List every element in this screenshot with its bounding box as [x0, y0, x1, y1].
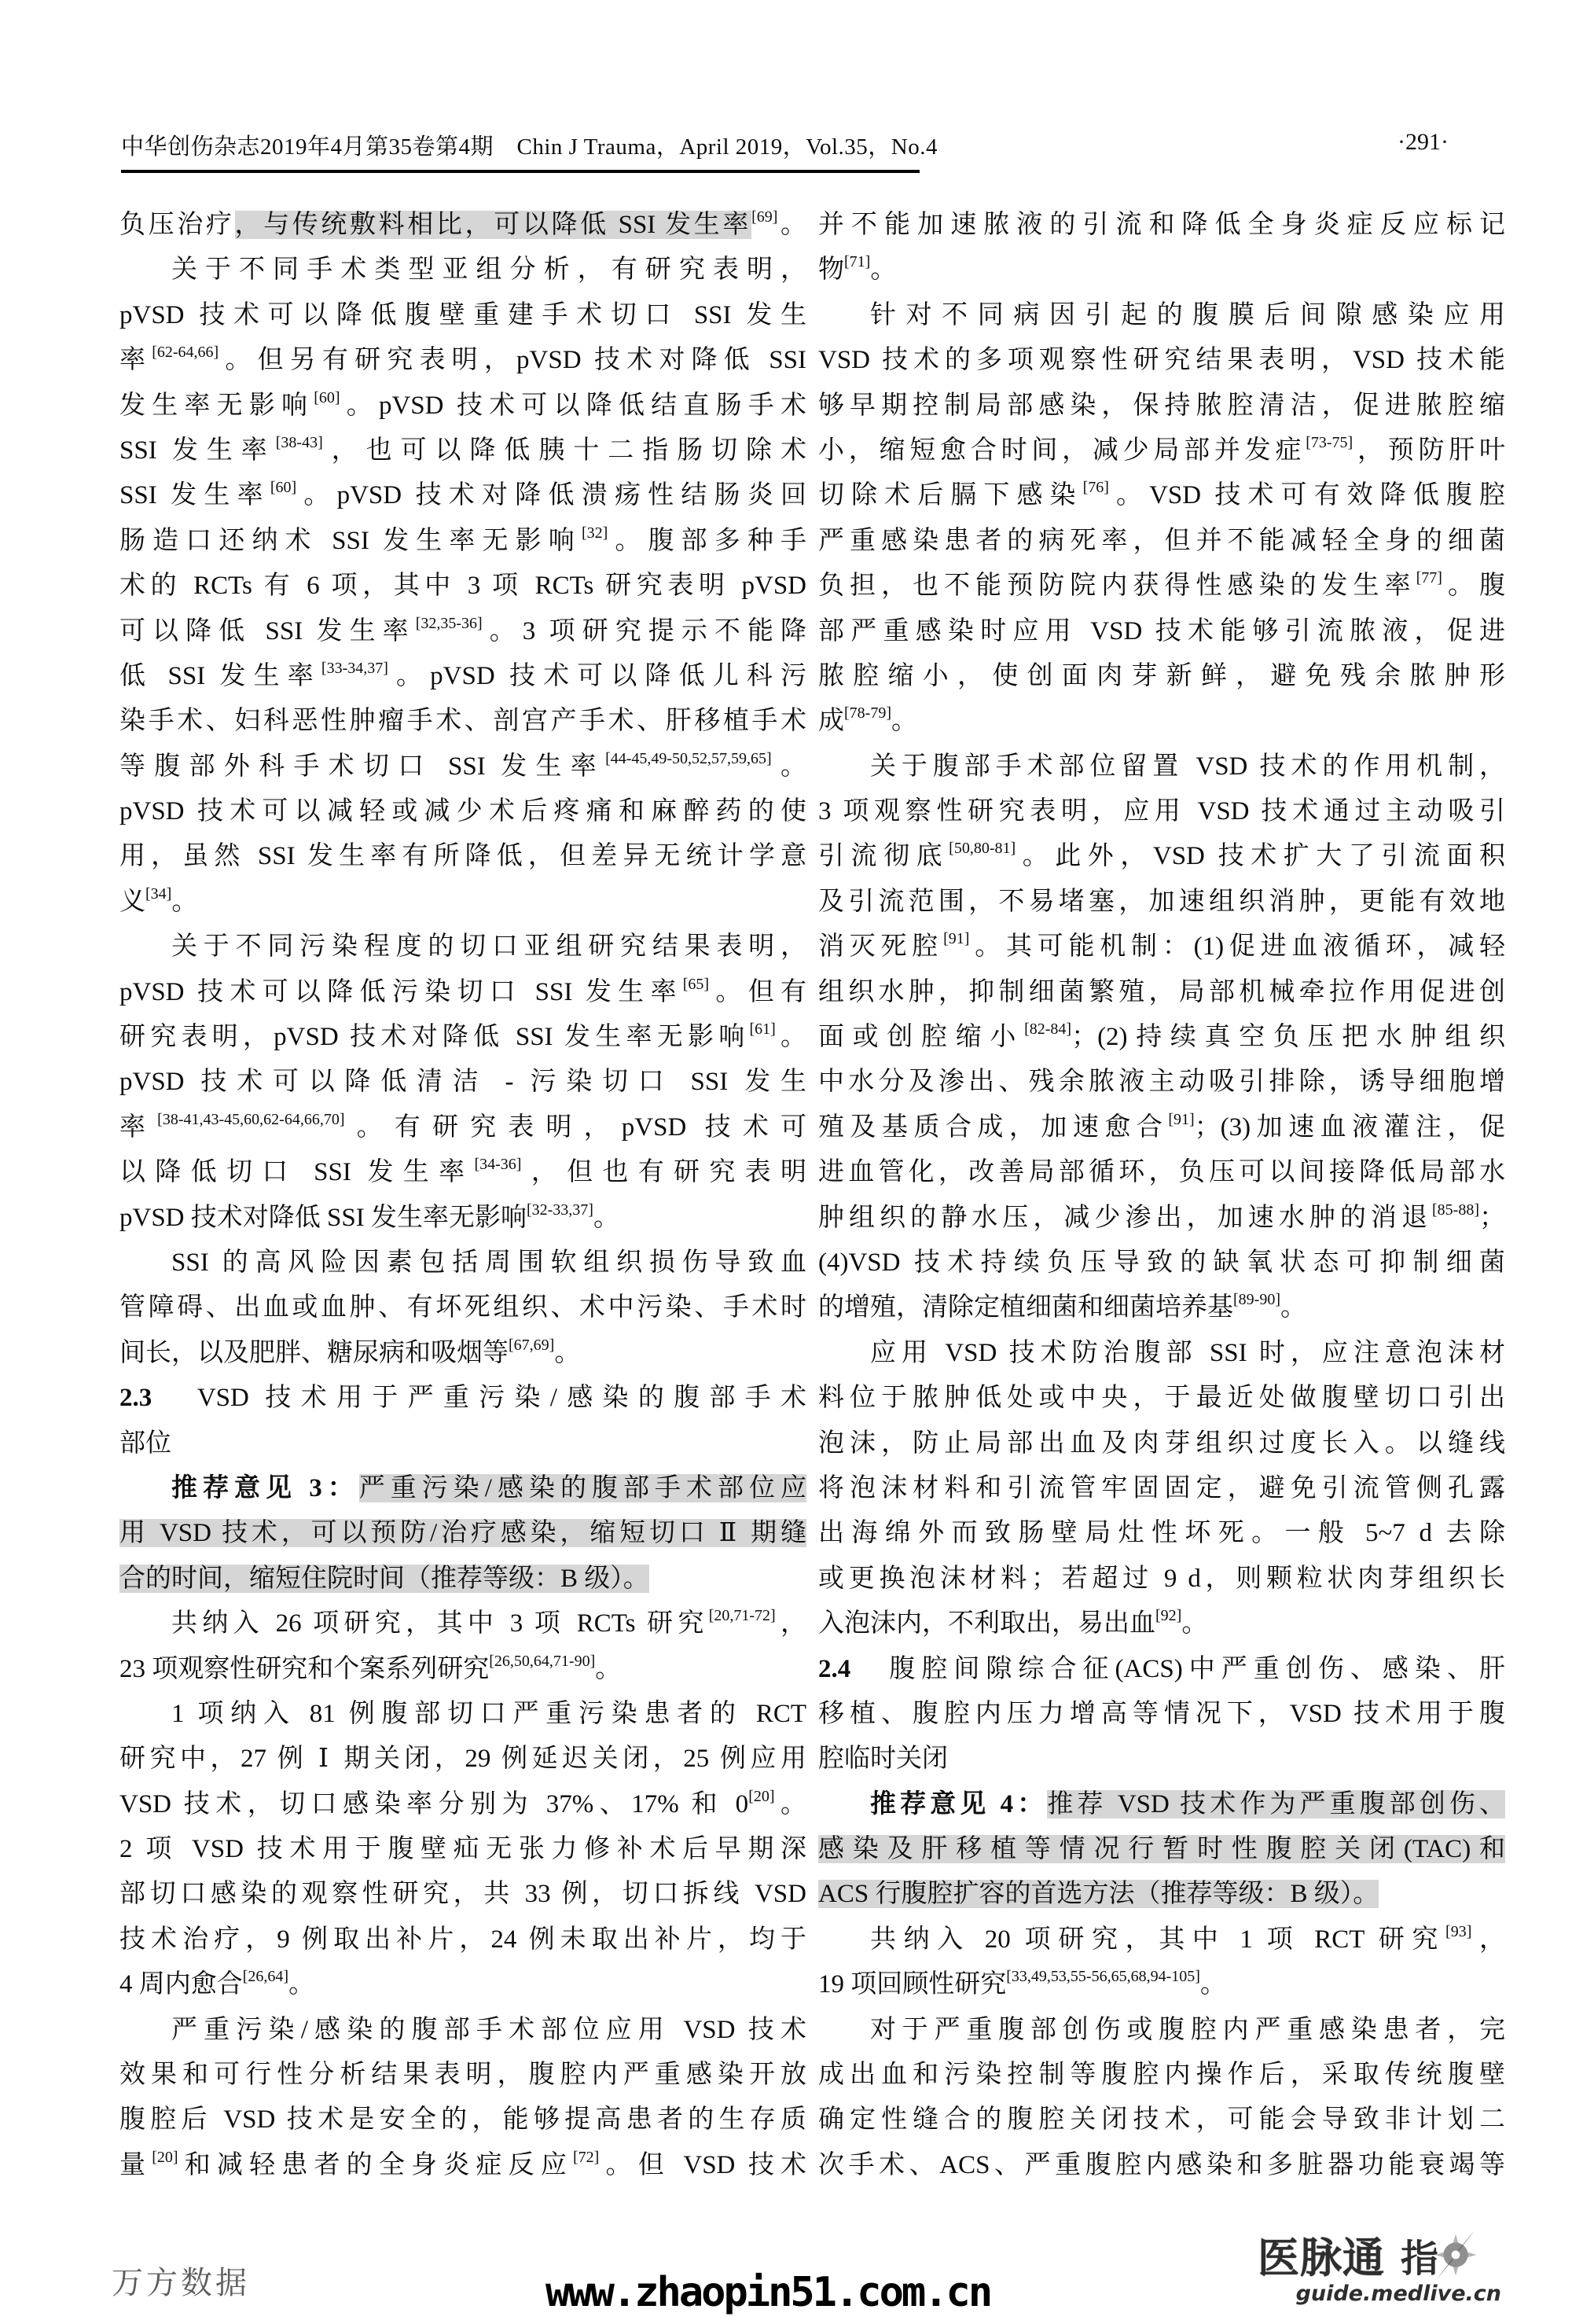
body-text: 共纳入 20 项研究，其中 1 项 RCT 研究 [870, 1925, 1445, 1954]
body-text: 用，虽然 SSI 发生率有所降低，但差异无统计学意 [119, 842, 806, 870]
body-text: (4)VSD 技术持续负压导致的缺氧状态可抑制细菌 [818, 1248, 1505, 1277]
text-line: 关于不同污染程度的切口亚组研究结果表明， [119, 925, 806, 969]
text-line: 合的时间，缩短住院时间（推荐等级：B 级）。 [119, 1557, 806, 1601]
body-text: 4 周内愈合 [119, 1970, 243, 1999]
text-line: 出海绵外而致肠壁局灶性坏死。一般 5~7 d 去除 [818, 1511, 1505, 1556]
citation-superscript: [33-34,37] [321, 660, 388, 677]
body-text: 。 [777, 211, 806, 239]
text-line: 关于不同手术类型亚组分析，有研究表明， [119, 248, 806, 292]
text-line: 推荐意见 4：推荐 VSD 技术作为严重腹部创伤、 [818, 1782, 1505, 1827]
body-text: 1 项纳入 81 例腹部切口严重污染患者的 RCT [171, 1700, 806, 1728]
body-text: 小，缩短愈合时间，减少局部并发症 [818, 436, 1306, 465]
citation-superscript: [77] [1416, 569, 1442, 587]
article-column-right: 并不能加速脓液的引流和降低全身炎症反应标记物[71]。针对不同病因引起的腹膜后间… [818, 203, 1505, 2188]
text-line: 推荐意见 3：严重污染/感染的腹部手术部位应 [119, 1466, 806, 1511]
citation-superscript: [34-36] [474, 1156, 521, 1173]
body-text: 。 [288, 1970, 314, 1999]
citation-superscript: [92] [1155, 1607, 1181, 1624]
body-text: 够早期控制局部感染，保持脓腔清洁，促进脓腔缩 [818, 392, 1505, 420]
citation-superscript: [50,80-81] [949, 840, 1016, 857]
body-text: 入泡沫内，不利取出，易出血 [818, 1609, 1155, 1638]
text-line: pVSD 技术可以降低污染切口 SSI 发生率[65]。但有 [119, 970, 806, 1015]
text-line: 部切口感染的观察性研究，共 33 例，切口拆线 VSD [119, 1872, 806, 1917]
citation-superscript: [82-84] [1024, 1020, 1071, 1038]
body-text: 。pVSD 技术对降低溃疡性结肠炎回 [296, 481, 806, 509]
body-text: 研究中，27 例 Ⅰ 期关闭，29 例延迟关闭，25 例应用 [119, 1745, 806, 1773]
body-text: 消灭死腔 [818, 932, 943, 961]
body-text: 负担，也不能预防院内获得性感染的发生率 [818, 572, 1416, 600]
text-line: 用，虽然 SSI 发生率有所降低，但差异无统计学意 [119, 834, 806, 879]
text-line: 感染及肝移植等情况行暂时性腹腔关闭(TAC)和 [818, 1827, 1505, 1872]
body-text: 严重污染/感染的腹部手术部位应用 VSD 技术 [171, 2016, 806, 2044]
body-text: 出海绵外而致肠壁局灶性坏死。一般 5~7 d 去除 [818, 1519, 1505, 1547]
body-text: 。3 项研究提示不能降 [483, 617, 806, 645]
citation-superscript: [26,50,64,71-90] [489, 1653, 595, 1670]
body-text: 肿组织的静水压，减少渗出，加速水肿的消退 [818, 1204, 1432, 1232]
text-line: 料位于脓肿低处或中央，于最近处做腹壁切口引出 [818, 1376, 1505, 1421]
text-line: 及引流范围，不易堵塞，加速组织消肿，更能有效地 [818, 880, 1505, 925]
body-text: 2 项 VSD 技术用于腹壁疝无张力修补术后早期深 [119, 1835, 806, 1863]
text-line: pVSD 技术对降低 SSI 发生率无影响[32-33,37]。 [119, 1196, 806, 1241]
citation-superscript: [85-88] [1432, 1201, 1479, 1219]
body-text: 。pVSD 技术可以降低儿科污 [388, 662, 806, 690]
body-text: 或更换泡沫材料；若超过 9 d，则颗粒状肉芽组织长 [818, 1565, 1505, 1593]
journal-header: 中华创伤杂志2019年4月第35卷第4期 Chin J Trauma，April… [121, 129, 938, 161]
body-text: 低 SSI 发生率 [119, 662, 321, 690]
citation-superscript: [73-75] [1306, 434, 1353, 451]
body-text: 对于严重腹部创伤或腹腔内严重感染患者，完 [870, 2016, 1505, 2044]
body-text: 。有研究表明，pVSD 技术可 [344, 1113, 806, 1142]
text-line: 用 VSD 技术，可以预防/治疗感染，缩短切口 Ⅱ 期缝 [119, 1511, 806, 1556]
citation-superscript: [20] [152, 2149, 178, 2166]
text-line: 4 周内愈合[26,64]。 [119, 1962, 806, 2007]
header-divider [121, 170, 920, 173]
text-line: 面或创腔缩小[82-84]；(2)持续真空负压把水肿组织 [818, 1015, 1505, 1060]
body-text: 。 [891, 707, 917, 735]
body-text: 成出血和污染控制等腹腔内操作后，采取传统腹壁 [818, 2061, 1505, 2089]
text-line: 肿组织的静水压，减少渗出，加速水肿的消退[85-88]； [818, 1196, 1505, 1241]
citation-superscript: [67,69] [509, 1337, 554, 1354]
text-line: (4)VSD 技术持续负压导致的缺氧状态可抑制细菌 [818, 1241, 1505, 1285]
body-text: 关于不同污染程度的切口亚组研究结果表明， [171, 932, 806, 961]
body-text: 负压治疗 [119, 211, 235, 239]
body-text: 并不能加速脓液的引流和降低全身炎症反应标记 [818, 211, 1505, 239]
body-text: 19 项回顾性研究 [818, 1970, 1006, 1999]
citation-superscript: [32] [582, 524, 608, 542]
text-line: 量[20]和减轻患者的全身炎症反应[72]。但 VSD 技术 [119, 2143, 806, 2188]
body-text: ，但也有研究表明 [521, 1158, 806, 1186]
text-line: SSI 发生率[60]。pVSD 技术对降低溃疡性结肠炎回 [119, 473, 806, 518]
text-line: 入泡沫内，不利取出，易出血[92]。 [818, 1601, 1505, 1646]
citation-superscript: [89-90] [1233, 1291, 1280, 1308]
text-line: 切除术后膈下感染[76]。VSD 技术可有效降低腹腔 [818, 473, 1505, 518]
text-line: 23 项观察性研究和个案系列研究[26,50,64,71-90]。 [119, 1647, 806, 1692]
body-text: ； [1479, 1204, 1505, 1232]
body-text: ，也可以降低胰十二指肠切除术 [323, 436, 806, 465]
body-text: pVSD 技术对降低 SSI 发生率无影响 [119, 1204, 527, 1232]
body-text: 术的 RCTs 有 6 项，其中 3 项 RCTs 研究表明 pVSD [119, 572, 806, 600]
text-line: 组织水肿，抑制细菌繁殖，局部机械牵拉作用促进创 [818, 970, 1505, 1015]
body-text: 组织水肿，抑制细菌繁殖，局部机械牵拉作用促进创 [818, 978, 1505, 1006]
body-text: 关于不同手术类型亚组分析，有研究表明， [171, 256, 806, 284]
citation-superscript: [34] [145, 885, 171, 903]
citation-superscript: [60] [270, 479, 296, 496]
body-text: 。但有 [709, 978, 806, 1006]
body-text: 成 [818, 707, 844, 735]
text-line: 成出血和污染控制等腹腔内操作后，采取传统腹壁 [818, 2053, 1505, 2098]
body-text: 发生率无影响 [119, 392, 314, 420]
body-text: 技术治疗，9 例取出补片，24 例未取出补片，均于 [119, 1925, 806, 1954]
text-line: 中水分及渗出、残余脓液主动吸引排除，诱导细胞增 [818, 1060, 1505, 1105]
body-text: 效果和可行性分析结果表明，腹腔内严重感染开放 [119, 2061, 806, 2089]
body-text: 部严重感染时应用 VSD 技术能够引流脓液，促进 [818, 617, 1505, 645]
citation-superscript: [32-33,37] [527, 1201, 593, 1219]
highlighted-text: 用 VSD 技术，可以预防/治疗感染，缩短切口 Ⅱ 期缝 [119, 1519, 806, 1547]
body-text: 将泡沫材料和引流管牢固固定，避免引流管侧孔露 [818, 1474, 1505, 1502]
medlive-logo-row: 医脉通 指 [1258, 2230, 1501, 2280]
body-text: 2.4 [818, 1655, 850, 1683]
text-line: 关于腹部手术部位留置 VSD 技术的作用机制， [818, 745, 1505, 789]
text-line: 等腹部外科手术切口 SSI 发生率[44-45,49-50,52,57,59,6… [119, 745, 806, 789]
highlighted-text: 推荐 VSD 技术作为严重腹部创伤、 [1047, 1790, 1505, 1818]
text-line: 1 项纳入 81 例腹部切口严重污染患者的 RCT [119, 1692, 806, 1737]
body-text: 确定性缝合的腹腔关闭技术，可能会导致非计划二 [818, 2105, 1505, 2134]
text-line: SSI 发生率[38-43]，也可以降低胰十二指肠切除术 [119, 428, 806, 473]
text-line: 2.3 VSD 技术用于严重污染/感染的腹部手术 [119, 1376, 806, 1421]
text-line: 率[38-41,43-45,60,62-64,66,70]。有研究表明，pVSD… [119, 1105, 806, 1150]
text-line: 肠造口还纳术 SSI 发生率无影响[32]。腹部多种手 [119, 519, 806, 564]
text-line: 腹腔后 VSD 技术是安全的，能够提高患者的生存质 [119, 2098, 806, 2142]
watermark-url: www.zhaopin51.com.cn [545, 2269, 990, 2316]
text-line: 对于严重腹部创伤或腹腔内严重感染患者，完 [818, 2008, 1505, 2053]
body-text: 。其可能机制：(1)促进血液循环，减轻 [969, 932, 1505, 961]
citation-superscript: [26,64] [243, 1968, 288, 1985]
text-line: 术的 RCTs 有 6 项，其中 3 项 RCTs 研究表明 pVSD [119, 564, 806, 609]
citation-superscript: [20] [748, 1788, 774, 1805]
text-line: 严重污染/感染的腹部手术部位应用 VSD 技术 [119, 2008, 806, 2053]
text-line: 间长，以及肥胖、糖尿病和吸烟等[67,69]。 [119, 1331, 806, 1376]
body-text: 物 [818, 256, 844, 284]
body-text: 研究表明，pVSD 技术对降低 SSI 发生率无影响 [119, 1023, 749, 1051]
citation-superscript: [60] [314, 389, 340, 406]
text-line: pVSD 技术可以减轻或减少术后疼痛和麻醉药的使 [119, 789, 806, 834]
text-line: 将泡沫材料和引流管牢固固定，避免引流管侧孔露 [818, 1466, 1505, 1511]
page-number: ·291· [1398, 129, 1449, 156]
medlive-logo: 医脉通 指 guide.medlive.cn [1258, 2230, 1501, 2306]
body-text: 。VSD 技术可有效降低腹腔 [1109, 481, 1505, 509]
body-text: 腹腔间隙综合征(ACS)中严重创伤、感染、肝 [850, 1655, 1505, 1683]
body-text: 。 [775, 1790, 806, 1818]
body-text: 和减轻患者的全身炎症反应 [178, 2151, 573, 2179]
text-line: 物[71]。 [818, 248, 1505, 292]
article-column-left: 负压治疗，与传统敷料相比，可以降低 SSI 发生率[69]。关于不同手术类型亚组… [119, 203, 806, 2188]
text-line: pVSD 技术可以降低腹壁重建手术切口 SSI 发生 [119, 293, 806, 338]
text-line: 成[78-79]。 [818, 699, 1505, 744]
citation-superscript: [33,49,53,55-56,65,68,94-105] [1006, 1968, 1200, 1985]
body-text: 严重感染患者的病死率，但并不能减轻全身的细菌 [818, 527, 1505, 555]
text-line: 应用 VSD 技术防治腹部 SSI 时，应注意泡沫材 [818, 1331, 1505, 1376]
journal-page: 中华创伤杂志2019年4月第35卷第4期 Chin J Trauma，April… [0, 0, 1572, 2324]
text-line: 共纳入 26 项研究，其中 3 项 RCTs 研究[20,71-72]， [119, 1601, 806, 1646]
text-line: 引流彻底[50,80-81]。此外，VSD 技术扩大了引流面积 [818, 834, 1505, 879]
body-text: 等腹部外科手术切口 SSI 发生率 [119, 752, 605, 781]
body-text: 引流彻底 [818, 842, 949, 870]
body-text: 推荐意见 4： [870, 1790, 1047, 1818]
body-text: pVSD 技术可以减轻或减少术后疼痛和麻醉药的使 [119, 797, 806, 826]
citation-superscript: [20,71-72] [709, 1607, 776, 1624]
text-line: SSI 的高风险因素包括周围软组织损伤导致血 [119, 1241, 806, 1285]
body-text: 。 [1181, 1609, 1207, 1638]
body-text: 。 [554, 1339, 580, 1367]
body-text: 。 [595, 1655, 621, 1683]
text-line: 率[62-64,66]。但另有研究表明，pVSD 技术对降低 SSI [119, 338, 806, 383]
text-line: 的增殖，清除定植细菌和细菌培养基[89-90]。 [818, 1285, 1505, 1330]
body-text: 3 项观察性研究表明，应用 VSD 技术通过主动吸引 [818, 797, 1505, 826]
body-text: SSI 的高风险因素包括周围软组织损伤导致血 [171, 1248, 806, 1277]
text-line: 脓腔缩小，使创面肉芽新鲜，避免残余脓肿形 [818, 654, 1505, 699]
text-line: ACS 行腹腔扩容的首选方法（推荐等级：B 级）。 [818, 1872, 1505, 1917]
citation-superscript: [93] [1445, 1923, 1471, 1940]
citation-superscript: [38-43] [276, 434, 323, 451]
text-line: 以降低切口 SSI 发生率[34-36]，但也有研究表明 [119, 1150, 806, 1195]
body-text: 。腹 [1442, 572, 1505, 600]
text-line: 小，缩短愈合时间，减少局部并发症[73-75]，预防肝叶 [818, 428, 1505, 473]
body-text: 。但另有研究表明，pVSD 技术对降低 SSI [219, 346, 806, 374]
text-line: 严重感染患者的病死率，但并不能减轻全身的细菌 [818, 519, 1505, 564]
body-text: SSI 发生率 [119, 436, 276, 465]
body-text: ， [1471, 1925, 1505, 1954]
body-text: 。 [593, 1204, 619, 1232]
text-line: 技术治疗，9 例取出补片，24 例未取出补片，均于 [119, 1918, 806, 1962]
highlighted-text: 感染及肝移植等情况行暂时性腹腔关闭(TAC)和 [818, 1835, 1505, 1863]
body-text: 中水分及渗出、残余脓液主动吸引排除，诱导细胞增 [818, 1068, 1505, 1096]
body-text: 。pVSD 技术可以降低结直肠手术 [340, 392, 806, 420]
text-line: 19 项回顾性研究[33,49,53,55-56,65,68,94-105]。 [818, 1962, 1505, 2007]
text-line: 2 项 VSD 技术用于腹壁疝无张力修补术后早期深 [119, 1827, 806, 1872]
highlighted-text: 合的时间，缩短住院时间（推荐等级：B 级）。 [119, 1565, 649, 1593]
body-text: 。 [772, 752, 806, 781]
text-line: 腔临时关闭 [818, 1737, 1505, 1782]
body-text: 部位 [119, 1429, 171, 1458]
body-text: pVSD 技术可以降低腹壁重建手术切口 SSI 发生 [119, 301, 806, 329]
medlive-url-text: guide.medlive.cn [1258, 2282, 1501, 2306]
citation-superscript: [72] [573, 2149, 599, 2166]
body-text: 泡沫，防止局部出血及肉芽组织过度长入。以缝线 [818, 1429, 1505, 1458]
text-line: VSD 技术，切口感染率分别为 37%、17% 和 0[20]。 [119, 1782, 806, 1827]
body-text: 脓腔缩小，使创面肉芽新鲜，避免残余脓肿形 [818, 662, 1505, 690]
body-text: 可以降低 SSI 发生率 [119, 617, 416, 645]
text-line: 2.4 腹腔间隙综合征(ACS)中严重创伤、感染、肝 [818, 1647, 1505, 1692]
body-text: 关于腹部手术部位留置 VSD 技术的作用机制， [870, 752, 1505, 781]
text-line: 共纳入 20 项研究，其中 1 项 RCT 研究[93]， [818, 1918, 1505, 1962]
body-text: 2.3 [119, 1384, 152, 1412]
body-text: 染手术、妇科恶性肿瘤手术、剖宫产手术、肝移植手术 [119, 707, 806, 735]
body-text: 料位于脓肿低处或中央，于最近处做腹壁切口引出 [818, 1384, 1505, 1412]
body-text: 义 [119, 888, 145, 916]
body-text: 切除术后膈下感染 [818, 481, 1083, 509]
text-line: 确定性缝合的腹腔关闭技术，可能会导致非计划二 [818, 2098, 1505, 2142]
body-text: pVSD 技术可以降低清洁 - 污染切口 SSI 发生 [119, 1068, 806, 1096]
body-text: ；(3)加速血液灌注，促 [1195, 1113, 1505, 1142]
wanfang-watermark: 万方数据 [112, 2258, 250, 2303]
body-text: 腔临时关闭 [818, 1745, 948, 1773]
body-text: 。 [1200, 1970, 1226, 1999]
text-line: 殖及基质合成，加速愈合[91]；(3)加速血液灌注，促 [818, 1105, 1505, 1150]
body-text: 腹腔后 VSD 技术是安全的，能够提高患者的生存质 [119, 2105, 806, 2134]
body-text: 。腹部多种手 [608, 527, 806, 555]
body-text: 。但 VSD 技术 [599, 2151, 806, 2179]
citation-superscript: [71] [844, 253, 870, 270]
body-text: 及引流范围，不易堵塞，加速组织消肿，更能有效地 [818, 888, 1505, 916]
body-text: 针对不同病因引起的腹膜后间隙感染应用 [870, 301, 1505, 329]
medlive-brand-text: 医脉通 [1258, 2225, 1385, 2285]
text-line: 进血管化，改善局部循环，负压可以间接降低局部水 [818, 1150, 1505, 1195]
citation-superscript: [38-41,43-45,60,62-64,66,70] [157, 1111, 344, 1128]
body-text: 面或创腔缩小 [818, 1023, 1024, 1051]
body-text: 。 [1280, 1293, 1306, 1322]
body-text: 殖及基质合成，加速愈合 [818, 1113, 1168, 1142]
text-line: 研究表明，pVSD 技术对降低 SSI 发生率无影响[61]。 [119, 1015, 806, 1060]
text-line: 并不能加速脓液的引流和降低全身炎症反应标记 [818, 203, 1505, 248]
text-line: 低 SSI 发生率[33-34,37]。pVSD 技术可以降低儿科污 [119, 654, 806, 699]
text-line: 移植、腹腔内压力增高等情况下，VSD 技术用于腹 [818, 1692, 1505, 1737]
citation-superscript: [91] [943, 930, 969, 947]
text-line: 义[34]。 [119, 880, 806, 925]
body-text: VSD 技术，切口感染率分别为 37%、17% 和 0 [119, 1790, 748, 1818]
citation-superscript: [32,35-36] [416, 615, 483, 632]
body-text: 。此外，VSD 技术扩大了引流面积 [1016, 842, 1505, 870]
text-line: 发生率无影响[60]。pVSD 技术可以降低结直肠手术 [119, 384, 806, 428]
body-text: SSI 发生率 [119, 481, 270, 509]
body-text: 部切口感染的观察性研究，共 33 例，切口拆线 VSD [119, 1880, 806, 1908]
body-text: ；(2)持续真空负压把水肿组织 [1071, 1023, 1505, 1051]
text-line: 3 项观察性研究表明，应用 VSD 技术通过主动吸引 [818, 789, 1505, 834]
text-line: 或更换泡沫材料；若超过 9 d，则颗粒状肉芽组织长 [818, 1557, 1505, 1601]
body-text: 肠造口还纳术 SSI 发生率无影响 [119, 527, 582, 555]
text-line: 研究中，27 例 Ⅰ 期关闭，29 例延迟关闭，25 例应用 [119, 1737, 806, 1782]
body-text: 次手术、ACS、严重腹腔内感染和多脏器功能衰竭等 [818, 2151, 1505, 2179]
text-line: 针对不同病因引起的腹膜后间隙感染应用 [818, 293, 1505, 338]
citation-superscript: [69] [751, 208, 777, 226]
citation-superscript: [61] [749, 1020, 775, 1038]
body-text: 率 [119, 346, 152, 374]
citation-superscript: [44-45,49-50,52,57,59,65] [605, 750, 772, 767]
body-text: pVSD 技术可以降低污染切口 SSI 发生率 [119, 978, 683, 1006]
citation-superscript: [91] [1168, 1111, 1194, 1128]
text-line: 染手术、妇科恶性肿瘤手术、剖宫产手术、肝移植手术 [119, 699, 806, 744]
text-line: 效果和可行性分析结果表明，腹腔内严重感染开放 [119, 2053, 806, 2098]
body-text: 进血管化，改善局部循环，负压可以间接降低局部水 [818, 1158, 1505, 1186]
body-text: 移植、腹腔内压力增高等情况下，VSD 技术用于腹 [818, 1700, 1505, 1728]
citation-superscript: [78-79] [844, 704, 891, 722]
body-text: ，预防肝叶 [1353, 436, 1505, 465]
body-text: VSD 技术的多项观察性研究结果表明，VSD 技术能 [818, 346, 1505, 374]
text-line: 管障碍、出血或血肿、有坏死组织、术中污染、手术时 [119, 1285, 806, 1330]
citation-superscript: [76] [1083, 479, 1109, 496]
citation-superscript: [62-64,66] [152, 344, 219, 361]
body-text: 率 [119, 1113, 157, 1142]
body-text: 共纳入 26 项研究，其中 3 项 RCTs 研究 [171, 1609, 709, 1638]
body-text: 管障碍、出血或血肿、有坏死组织、术中污染、手术时 [119, 1293, 806, 1322]
body-text: 推荐意见 3： [171, 1474, 359, 1502]
text-line: 消灭死腔[91]。其可能机制：(1)促进血液循环，减轻 [818, 925, 1505, 969]
text-line: 够早期控制局部感染，保持脓腔清洁，促进脓腔缩 [818, 384, 1505, 428]
highlighted-text: ，与传统敷料相比，可以降低 SSI 发生率 [235, 211, 752, 239]
text-line: VSD 技术的多项观察性研究结果表明，VSD 技术能 [818, 338, 1505, 383]
citation-superscript: [65] [683, 976, 709, 993]
text-line: 可以降低 SSI 发生率[32,35-36]。3 项研究提示不能降 [119, 609, 806, 654]
body-text: 量 [119, 2151, 152, 2179]
text-line: 负担，也不能预防院内获得性感染的发生率[77]。腹 [818, 564, 1505, 609]
body-text: 以降低切口 SSI 发生率 [119, 1158, 474, 1186]
text-line: 部严重感染时应用 VSD 技术能够引流脓液，促进 [818, 609, 1505, 654]
body-text: 。 [776, 1023, 806, 1051]
body-text: 。 [870, 256, 896, 284]
compass-icon [1427, 2227, 1484, 2283]
text-line: 部位 [119, 1421, 806, 1466]
body-text: 应用 VSD 技术防治腹部 SSI 时，应注意泡沫材 [870, 1339, 1505, 1367]
body-text: ， [776, 1609, 806, 1638]
text-line: 次手术、ACS、严重腹腔内感染和多脏器功能衰竭等 [818, 2143, 1505, 2188]
body-text: 间长，以及肥胖、糖尿病和吸烟等 [119, 1339, 509, 1367]
highlighted-text: ACS 行腹腔扩容的首选方法（推荐等级：B 级）。 [818, 1880, 1379, 1908]
body-text: 23 项观察性研究和个案系列研究 [119, 1655, 489, 1683]
body-text: 。 [171, 888, 197, 916]
text-line: 负压治疗，与传统敷料相比，可以降低 SSI 发生率[69]。 [119, 203, 806, 248]
text-line: pVSD 技术可以降低清洁 - 污染切口 SSI 发生 [119, 1060, 806, 1105]
body-text: VSD 技术用于严重污染/感染的腹部手术 [152, 1384, 806, 1412]
body-text: 的增殖，清除定植细菌和细菌培养基 [818, 1293, 1233, 1322]
highlighted-text: 严重污染/感染的腹部手术部位应 [359, 1474, 806, 1502]
text-line: 泡沫，防止局部出血及肉芽组织过度长入。以缝线 [818, 1421, 1505, 1466]
